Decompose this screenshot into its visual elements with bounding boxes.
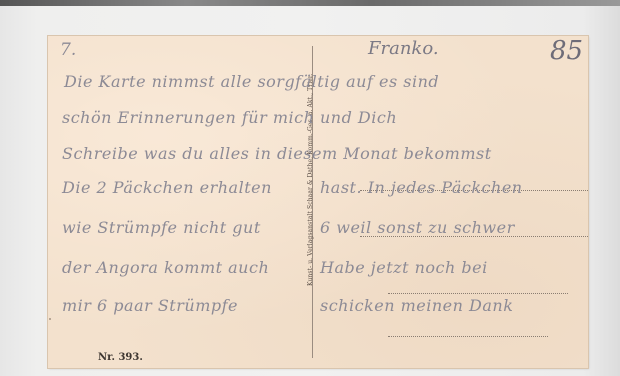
handwritten-line: Schreibe was du alles in diesem Monat be…	[62, 144, 492, 163]
postcard-back: 7. Franko. 85 Kunst- u. Verlagsanstalt S…	[48, 36, 588, 368]
address-line	[388, 293, 568, 294]
address-line	[388, 336, 548, 337]
handwritten-line: mir 6 paar Strümpfe	[62, 296, 238, 315]
handwritten-line: der Angora kommt auch	[62, 258, 269, 277]
handwritten-line: Die Karte nimmst alle sorgfältig auf es …	[64, 72, 439, 91]
handwritten-line: schicken meinen Dank	[320, 296, 513, 315]
paper-spot	[49, 318, 51, 320]
handwritten-number: 85	[550, 36, 583, 66]
handwritten-mark: 7.	[60, 40, 76, 60]
handwritten-line: schön Erinnerungen für mich und Dich	[62, 108, 397, 127]
handwritten-line: 6 weil sonst zu schwer	[320, 218, 515, 237]
handwritten-franko-note: Franko.	[368, 38, 439, 59]
handwritten-line: wie Strümpfe nicht gut	[62, 218, 261, 237]
card-number: Nr. 393.	[98, 352, 143, 363]
handwritten-line: hast. In jedes Päckchen	[320, 178, 523, 197]
handwritten-line: Die 2 Päckchen erhalten	[62, 178, 272, 197]
scanner-edge	[0, 0, 620, 6]
handwritten-line: Habe jetzt noch bei	[320, 258, 488, 277]
